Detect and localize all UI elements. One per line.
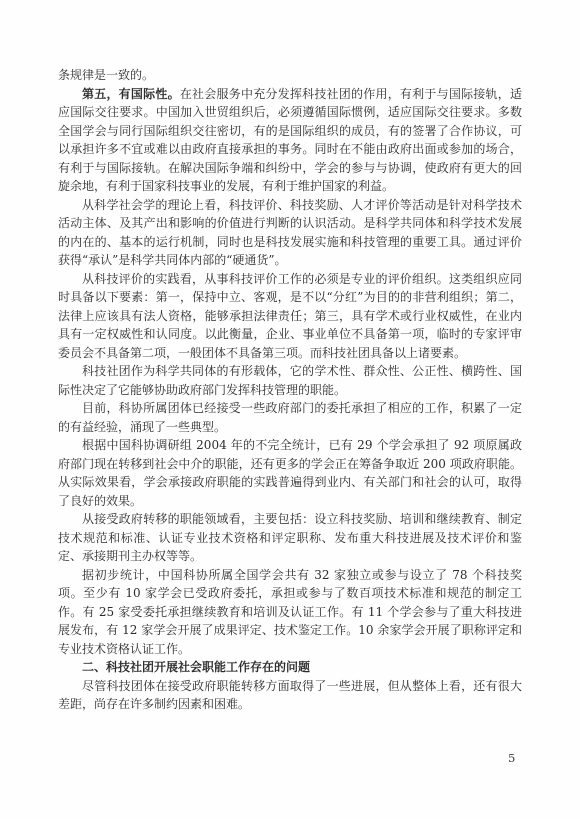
paragraph: 第五，有国际性。在社会服务中充分发挥科技社团的作用，有利于与国际接轨，适应国际交…: [58, 85, 522, 196]
paragraph: 从接受政府转移的职能领域看，主要包括：设立科技奖励、培训和继续教育、制定技术规范…: [58, 510, 522, 566]
paragraph: 目前，科协所属团体已经接受一些政府部门的委托承担了相应的工作，积累了一定的有益经…: [58, 399, 522, 436]
paragraph: 尽管科技团体在接受政府职能转移方面取得了一些进展，但从整体上看，还有很大差距，尚…: [58, 677, 522, 714]
paragraph: 根据中国科协调研组 2004 年的不完全统计，已有 29 个学会承担了 92 项…: [58, 436, 522, 510]
paragraph: 科技社团作为科学共同体的有形载体，它的学术性、群众性、公正性、横跨性、国际性决定…: [58, 362, 522, 399]
section-heading: 二、科技社团开展社会职能工作存在的问题: [58, 658, 522, 677]
paragraph-lead: 第五，有国际性。: [82, 87, 180, 101]
page-number: 5: [508, 751, 515, 765]
paragraph: 从科技评价的实践看，从事科技评价工作的必须是专业的评价组织。这类组织应同时具备以…: [58, 270, 522, 363]
paragraph: 从科学社会学的理论上看，科技评价、科技奖励、人才评价等活动是针对科学技术活动主体…: [58, 196, 522, 270]
document-content: 条规律是一致的。第五，有国际性。在社会服务中充分发挥科技社团的作用，有利于与国际…: [58, 66, 522, 714]
paragraph: 据初步统计，中国科协所属全国学会共有 32 家独立或参与设立了 78 个科技奖项…: [58, 566, 522, 659]
document-page: 条规律是一致的。第五，有国际性。在社会服务中充分发挥科技社团的作用，有利于与国际…: [0, 0, 580, 819]
paragraph: 条规律是一致的。: [58, 66, 522, 85]
